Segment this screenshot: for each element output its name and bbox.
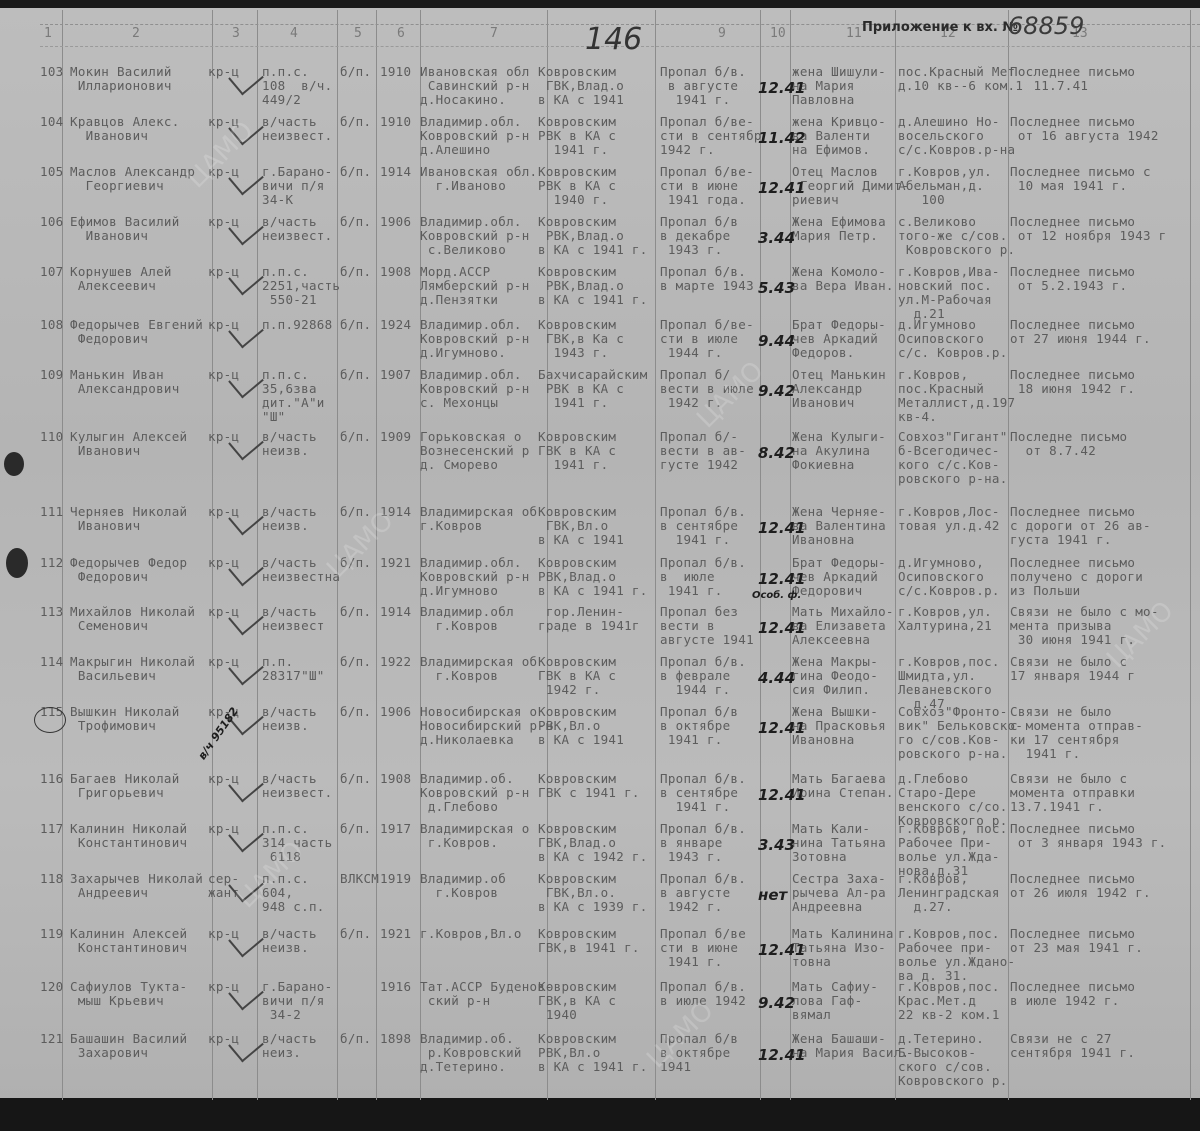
draft-office: Ковровским РВК,Вл.о в КА с 1941 г. [538, 1032, 648, 1074]
row-number: 118 [40, 872, 63, 886]
draft-office: гор.Ленин- граде в 1941г [538, 605, 640, 633]
birthplace: Владимирская об г.Ковров [420, 655, 537, 683]
appendix-stamp: Приложение к вх. № [862, 20, 1018, 35]
handwritten-date-mark: 5.43 [758, 279, 795, 297]
fate: Пропал б/в в декабре 1943 г. [660, 215, 738, 257]
column-number: 7 [490, 26, 498, 41]
party-status: б/п. [340, 115, 371, 129]
column-number: 4 [290, 26, 298, 41]
column-number: 10 [770, 26, 786, 41]
military-unit: г.Барано- вичи п/я 34-2 [262, 980, 332, 1022]
row-number: 106 [40, 215, 63, 229]
last-contact-note: Последнее письмо от 12 ноября 1943 г [1010, 215, 1167, 243]
last-contact-note: Последнее письмо от 5.2.1943 г. [1010, 265, 1135, 293]
military-unit: п.п.с. 108 в/ч. 449/2 [262, 65, 332, 107]
party-status: б/п. [340, 705, 371, 719]
birth-year: 1919 [380, 872, 411, 886]
handwritten-date-mark: 12.41 [758, 79, 805, 97]
party-status: б/п. [340, 430, 371, 444]
handwritten-date-mark: 12.41 [758, 1046, 805, 1064]
circled-row-number [34, 707, 66, 733]
military-unit: п.п. 28317"Ш" [262, 655, 325, 683]
handwritten-date-mark: нет [758, 886, 787, 904]
handwritten-date-mark: 9.42 [758, 994, 795, 1012]
draft-office: Ковровским РВК,Влад.о в КА с 1941 г. [538, 556, 648, 598]
handwritten-date-mark: 12.41 [758, 719, 805, 737]
draft-office: Ковровским ГВК в КА с 1942 г. [538, 655, 616, 697]
birthplace: Ивановская обл Савинский р-н д.Носакино. [420, 65, 530, 107]
military-unit: в/часть неизв. [262, 927, 317, 955]
party-status: б/п. [340, 165, 371, 179]
soldier-name: Ефимов Василий Иванович [70, 215, 180, 243]
relative: Жена Кулыги- на Акулина Фокиевна [792, 430, 886, 472]
handwritten-date-mark: 3.44 [758, 229, 795, 247]
soldier-name: Сафиулов Тукта- мыш Крьевич [70, 980, 187, 1008]
soldier-name: Калинин Алексей Константинович [70, 927, 187, 955]
military-unit: в/часть неизвест. [262, 215, 332, 243]
last-contact-note: Последне письмо от 8.7.42 [1010, 430, 1127, 458]
military-unit: в/часть неизв. [262, 430, 317, 458]
relative-address: Совхоз"Фронто- вик" Бельковско- го с/сов… [898, 705, 1023, 761]
relative-address: г.Ковров,Лос- товая ул.д.42 [898, 505, 1000, 533]
birth-year: 1922 [380, 655, 411, 669]
birth-year: 1917 [380, 822, 411, 836]
birthplace: Владимир.обл. Ковровский р-н д.Алешино [420, 115, 530, 157]
birthplace: Тат.АССР Буденов- ский р-н [420, 980, 553, 1008]
handwritten-date-mark: 12.41 [758, 941, 805, 959]
birth-year: 1908 [380, 772, 411, 786]
draft-office: Ковровским РВК в КА с 1941 г. [538, 115, 616, 157]
handwritten-date-mark: 9.42 [758, 382, 795, 400]
birthplace: Владимир.об г.Ковров [420, 872, 506, 900]
last-contact-note: Последнее письмо с 10 мая 1941 г. [1010, 165, 1151, 193]
birthplace: Ивановская обл. г.Иваново [420, 165, 537, 193]
party-status: б/п. [340, 368, 371, 382]
birthplace: Владимир.об. Ковровский р-н д.Глебово [420, 772, 530, 814]
relative-address: г.Ковров,пос. Рабочее при- волье ул.Ждан… [898, 927, 1015, 983]
birthplace: Владимирская о г.Ковров. [420, 822, 530, 850]
handwritten-page-number: 146 [585, 22, 642, 57]
last-contact-note: Связи не с 27 сентября 1941 г. [1010, 1032, 1135, 1060]
birth-year: 1924 [380, 318, 411, 332]
row-number: 110 [40, 430, 63, 444]
draft-office: Ковровским ГВК,в Ка с 1943 г. [538, 318, 624, 360]
birth-year: 1914 [380, 165, 411, 179]
party-status: б/п. [340, 215, 371, 229]
soldier-name: Михайлов Николай Семенович [70, 605, 195, 633]
party-status: б/п. [340, 772, 371, 786]
draft-office: Ковровским ГВК,Вл.о в КА с 1941 [538, 505, 624, 547]
birthplace: Владимир.обл. Ковровский р-н д.Игумново. [420, 318, 530, 360]
last-contact-note: Последнее письмо в июле 1942 г. [1010, 980, 1135, 1008]
row-number: 114 [40, 655, 63, 669]
relative: Брат Федоры- чев Аркадий Федоров. [792, 318, 886, 360]
soldier-name: Захарычев Николай Андреевич [70, 872, 203, 900]
military-unit: в/часть неизвест. [262, 115, 332, 143]
relative: Жена Вышки- на Прасковья Ивановна [792, 705, 886, 747]
soldier-name: Черняев Николай Иванович [70, 505, 187, 533]
last-contact-note: Последнее письмо от 23 мая 1941 г. [1010, 927, 1143, 955]
party-status: ВЛКСМ [340, 872, 379, 886]
handwritten-date-mark: 11.42 [758, 129, 805, 147]
relative: Отец Манькин Александр Иванович [792, 368, 886, 410]
birth-year: 1898 [380, 1032, 411, 1046]
relative-address: д.Игумново Осиповского с/с. Ковров.р. [898, 318, 1008, 360]
party-status: б/п. [340, 265, 371, 279]
birth-year: 1906 [380, 215, 411, 229]
column-number: 1 [44, 26, 52, 41]
fate: Пропал б/- вести в ав- густе 1942 [660, 430, 746, 472]
relative-address: д.Глебово Старо-Дере венского с/со. Ковр… [898, 772, 1008, 828]
fate: Пропал б/в. в августе 1941 г. [660, 65, 746, 107]
handwritten-date-mark: 9.44 [758, 332, 795, 350]
birth-year: 1908 [380, 265, 411, 279]
fate: Пропал б/в. в сентябре 1941 г. [660, 772, 746, 814]
soldier-name: Манькин Иван Александрович [70, 368, 180, 396]
soldier-name: Мокин Василий Илларионович [70, 65, 172, 93]
appendix-stamp-number: 68859 [1008, 12, 1084, 40]
relative-address: Совхоз"Гигант" б-Всегодичес- кого с/с.Ко… [898, 430, 1008, 486]
birthplace: Владимир.обл. Ковровский р-н с.Великово [420, 215, 530, 257]
handwritten-date-mark: 3.43 [758, 836, 795, 854]
relative: жена Шишули- на Мария Павловна [792, 65, 886, 107]
draft-office: Ковровским РВК,Влад.о в КА с 1941 г. [538, 215, 648, 257]
soldier-name: Маслов Александр Георгиевич [70, 165, 195, 193]
last-contact-note: Последнее письмо получено с дороги из По… [1010, 556, 1143, 598]
birthplace: Владимир.обл г.Ковров [420, 605, 514, 633]
draft-office: Ковровским ГВК,в КА с 1940 [538, 980, 616, 1022]
row-number: 119 [40, 927, 63, 941]
birth-year: 1910 [380, 65, 411, 79]
military-unit: п.п.92868 [262, 318, 332, 332]
soldier-name: Калинин Николай Константинович [70, 822, 187, 850]
relative: Жена Черняе- ва Валентина Ивановна [792, 505, 886, 547]
soldier-name: Федорычев Евгений Федорович [70, 318, 203, 346]
soldier-name: Кулыгин Алексей Иванович [70, 430, 187, 458]
soldier-name: Башашин Василий Захарович [70, 1032, 187, 1060]
relative-address: г.Ковров, пос. Рабочее При- волье ул.Жда… [898, 822, 1008, 878]
row-number: 112 [40, 556, 63, 570]
birth-year: 1921 [380, 927, 411, 941]
party-status: б/п. [340, 318, 371, 332]
birth-year: 1906 [380, 705, 411, 719]
column-number: 11 [846, 26, 862, 41]
draft-office: Ковровским РВК,Влад.о в КА с 1941 г. [538, 265, 648, 307]
military-unit: в/часть неиз. [262, 1032, 317, 1060]
relative: Сестра Заха- рычева Ал-ра Андреевна [792, 872, 886, 914]
handwritten-date-mark: 12.41 [758, 570, 805, 588]
draft-office: Ковровским ГВК в КА с 1941 г. [538, 430, 616, 472]
birthplace: Владимир.обл. Ковровский р-н с. Мехонцы [420, 368, 530, 410]
relative-address: г.Ковров,Ива- новский пос. ул.М-Рабочая … [898, 265, 1000, 321]
last-contact-note: Последнее письмо 18 июня 1942 г. [1010, 368, 1135, 396]
row-number: 105 [40, 165, 63, 179]
relative: Мать Михайло- ва Елизавета Алексеевна [792, 605, 894, 647]
draft-office: Ковровским ГВК,Влад.о в КА с 1942 г. [538, 822, 648, 864]
fate: Пропал б/в. в июле 1941 г. [660, 556, 746, 598]
last-contact-note: Связи не было с момента отправ- ки 17 се… [1010, 705, 1143, 761]
handwritten-mark-note: Особ. ф. [752, 590, 801, 601]
ink-stain [6, 548, 28, 578]
relative: Жена Комоло- ва Вера Иван. [792, 265, 894, 293]
birth-year: 1907 [380, 368, 411, 382]
military-unit: в/часть неизвест. [262, 772, 332, 800]
relative-address: д.Тетерино. Б-Высоков- ского с/сов. Ковр… [898, 1032, 1008, 1088]
birth-year: 1916 [380, 980, 411, 994]
fate: Пропал б/в. в августе 1942 г. [660, 872, 746, 914]
relative: жена Кривцо- ва Валенти на Ефимов. [792, 115, 886, 157]
relative-address: г.Ковров,ул. Абельман,д. 100 [898, 165, 992, 207]
fate: Пропал б/ве сти в июне 1941 г. [660, 927, 746, 969]
row-number: 120 [40, 980, 63, 994]
scan-border [0, 1098, 1200, 1131]
handwritten-date-mark: 8.42 [758, 444, 795, 462]
birth-year: 1910 [380, 115, 411, 129]
birthplace: Владимир.об. р.Ковровский д.Тетерино. [420, 1032, 522, 1074]
fate: Пропал б/в. в сентябре 1941 г. [660, 505, 746, 547]
relative-address: г.Ковров, Ленинградская д.27. [898, 872, 1000, 914]
soldier-name: Вышкин Николай Трофимович [70, 705, 180, 733]
military-unit: в/часть неизв. [262, 505, 317, 533]
fate: Пропал б/в. в марте 1943 [660, 265, 754, 293]
fate: Пропал б/в в октябре 1941 г. [660, 705, 738, 747]
row-number: 117 [40, 822, 63, 836]
party-status: б/п. [340, 822, 371, 836]
handwritten-date-mark: 12.41 [758, 786, 805, 804]
party-status: б/п. [340, 65, 371, 79]
soldier-name: Федорычев Федор Федорович [70, 556, 187, 584]
draft-office: Ковровским РВК в КА с 1940 г. [538, 165, 616, 207]
handwritten-date-mark: 12.41 [758, 519, 805, 537]
row-number: 113 [40, 605, 63, 619]
birth-year: 1914 [380, 605, 411, 619]
column-number: 3 [232, 26, 240, 41]
party-status: б/п. [340, 605, 371, 619]
column-number: 5 [354, 26, 362, 41]
soldier-name: Кравцов Алекс. Иванович [70, 115, 180, 143]
birth-year: 1909 [380, 430, 411, 444]
column-number: 6 [397, 26, 405, 41]
handwritten-date-mark: 4.44 [758, 669, 795, 687]
last-contact-note: Последнее письмо от 26 июля 1942 г. [1010, 872, 1151, 900]
military-unit: п.п.с. 2251,часть 550-21 [262, 265, 340, 307]
relative: Жена Ефимова Мария Петр. [792, 215, 886, 243]
relative-address: д.Алешино Но- восельского с/с.Ковров.р-н… [898, 115, 1015, 157]
birthplace: Новосибирская о Новосибирский р-н д.Нико… [420, 705, 553, 747]
last-contact-note: Связи не было с момента отправки 13.7.19… [1010, 772, 1135, 814]
fate: Пропал б/ве- сти в июле 1944 г. [660, 318, 754, 360]
relative: Мать Калинина Татьяна Изо- товна [792, 927, 894, 969]
relative-address: с.Великово того-же с/сов. Ковровского р. [898, 215, 1015, 257]
draft-office: Ковровским ГВК,в 1941 г. [538, 927, 640, 955]
row-number: 107 [40, 265, 63, 279]
row-number: 109 [40, 368, 63, 382]
relative: Жена Макры- гина Феодо- сия Филип. [792, 655, 878, 697]
relative-address: г.Ковров, пос.Красный Металлист,д.197 кв… [898, 368, 1015, 424]
relative-address: г.Ковров,пос. Шмидта,ул. Леваневского д.… [898, 655, 1000, 711]
last-contact-note: Последнее письмо от 3 января 1943 г. [1010, 822, 1167, 850]
relative: Жена Башаши- на Мария Васил. [792, 1032, 909, 1060]
draft-office: Ковровским ГВК с 1941 г. [538, 772, 640, 800]
last-contact-note: Последнее письмо от 16 августа 1942 [1010, 115, 1159, 143]
last-contact-note: Последнее письмо от 27 июня 1944 г. [1010, 318, 1151, 346]
last-contact-note: Последнее письмо с дороги от 26 ав- густ… [1010, 505, 1151, 547]
fate: Пропал б/ве- сти в июне 1941 года. [660, 165, 754, 207]
draft-office: Ковровским ГВК,Вл.о. в КА с 1939 г. [538, 872, 648, 914]
military-unit: г.Барано- вичи п/я 34-К [262, 165, 332, 207]
party-status: б/п. [340, 1032, 371, 1046]
draft-office: Бахчисарайским РВК в КА с 1941 г. [538, 368, 648, 410]
soldier-name: Багаев Николай Григорьевич [70, 772, 180, 800]
relative-address: д.Игумново, Осиповского с/с.Ковров.р. [898, 556, 1000, 598]
handwritten-date-mark: 12.41 [758, 179, 805, 197]
row-number: 108 [40, 318, 63, 332]
soldier-name: Макрыгин Николай Васильевич [70, 655, 195, 683]
birthplace: Горьковская о Вознесенский р д. Сморево [420, 430, 530, 472]
relative: Мать Багаева Ирина Степан. [792, 772, 894, 800]
fate: Пропал б/ве- сти в сентябр 1942 г. [660, 115, 762, 157]
relative: Мать Сафиу- лова Гаф- вямал [792, 980, 878, 1022]
birthplace: Владимир.обл. Ковровский р-н д.Игумново [420, 556, 530, 598]
birthplace: г.Ковров,Вл.о [420, 927, 522, 941]
relative-address: пос.Красный Мет д.10 кв--6 ком.1 [898, 65, 1023, 93]
birthplace: Владимирская об г.Ковров [420, 505, 537, 533]
ink-stain [4, 452, 24, 476]
military-unit: в/часть неизв. [262, 705, 317, 733]
relative: Отец Маслов Георгий Димит- риевич [792, 165, 909, 207]
row-number: 121 [40, 1032, 63, 1046]
relative-address: г.Ковров,ул. Халтурина,21 [898, 605, 992, 633]
fate: Пропал б/в. в январе 1943 г. [660, 822, 746, 864]
row-number: 111 [40, 505, 63, 519]
row-number: 104 [40, 115, 63, 129]
party-status: б/п. [340, 927, 371, 941]
military-unit: в/часть неизвест [262, 605, 325, 633]
column-number: 2 [132, 26, 140, 41]
row-number: 116 [40, 772, 63, 786]
birth-year: 1921 [380, 556, 411, 570]
draft-office: Ковровским РВК,Вл.о в КА с 1941 [538, 705, 624, 747]
party-status: б/п. [340, 655, 371, 669]
handwritten-date-mark: 12.41 [758, 619, 805, 637]
fate: Пропал б/в. в феврале 1944 г. [660, 655, 746, 697]
relative: Мать Кали- нина Татьяна Зотовна [792, 822, 886, 864]
military-unit: п.п.с. 35,6зва дит."А"и "Ш" [262, 368, 325, 424]
column-number: 9 [718, 26, 726, 41]
draft-office: Ковровским ГВК,Влад.о в КА с 1941 [538, 65, 624, 107]
fate: Пропал без вести в августе 1941 [660, 605, 754, 647]
last-contact-note: Последнее письмо 11.7.41 [1010, 65, 1135, 93]
soldier-name: Корнушев Алей Алексеевич [70, 265, 172, 293]
birthplace: Морд.АССР Лямберский р-н д.Пензятки [420, 265, 530, 307]
row-number: 103 [40, 65, 63, 79]
relative: Брат Федоры- чев Аркадий Федорович [792, 556, 886, 598]
relative-address: г.Ковров,пос. Крас.Мет.д 22 кв-2 ком.1 [898, 980, 1000, 1022]
